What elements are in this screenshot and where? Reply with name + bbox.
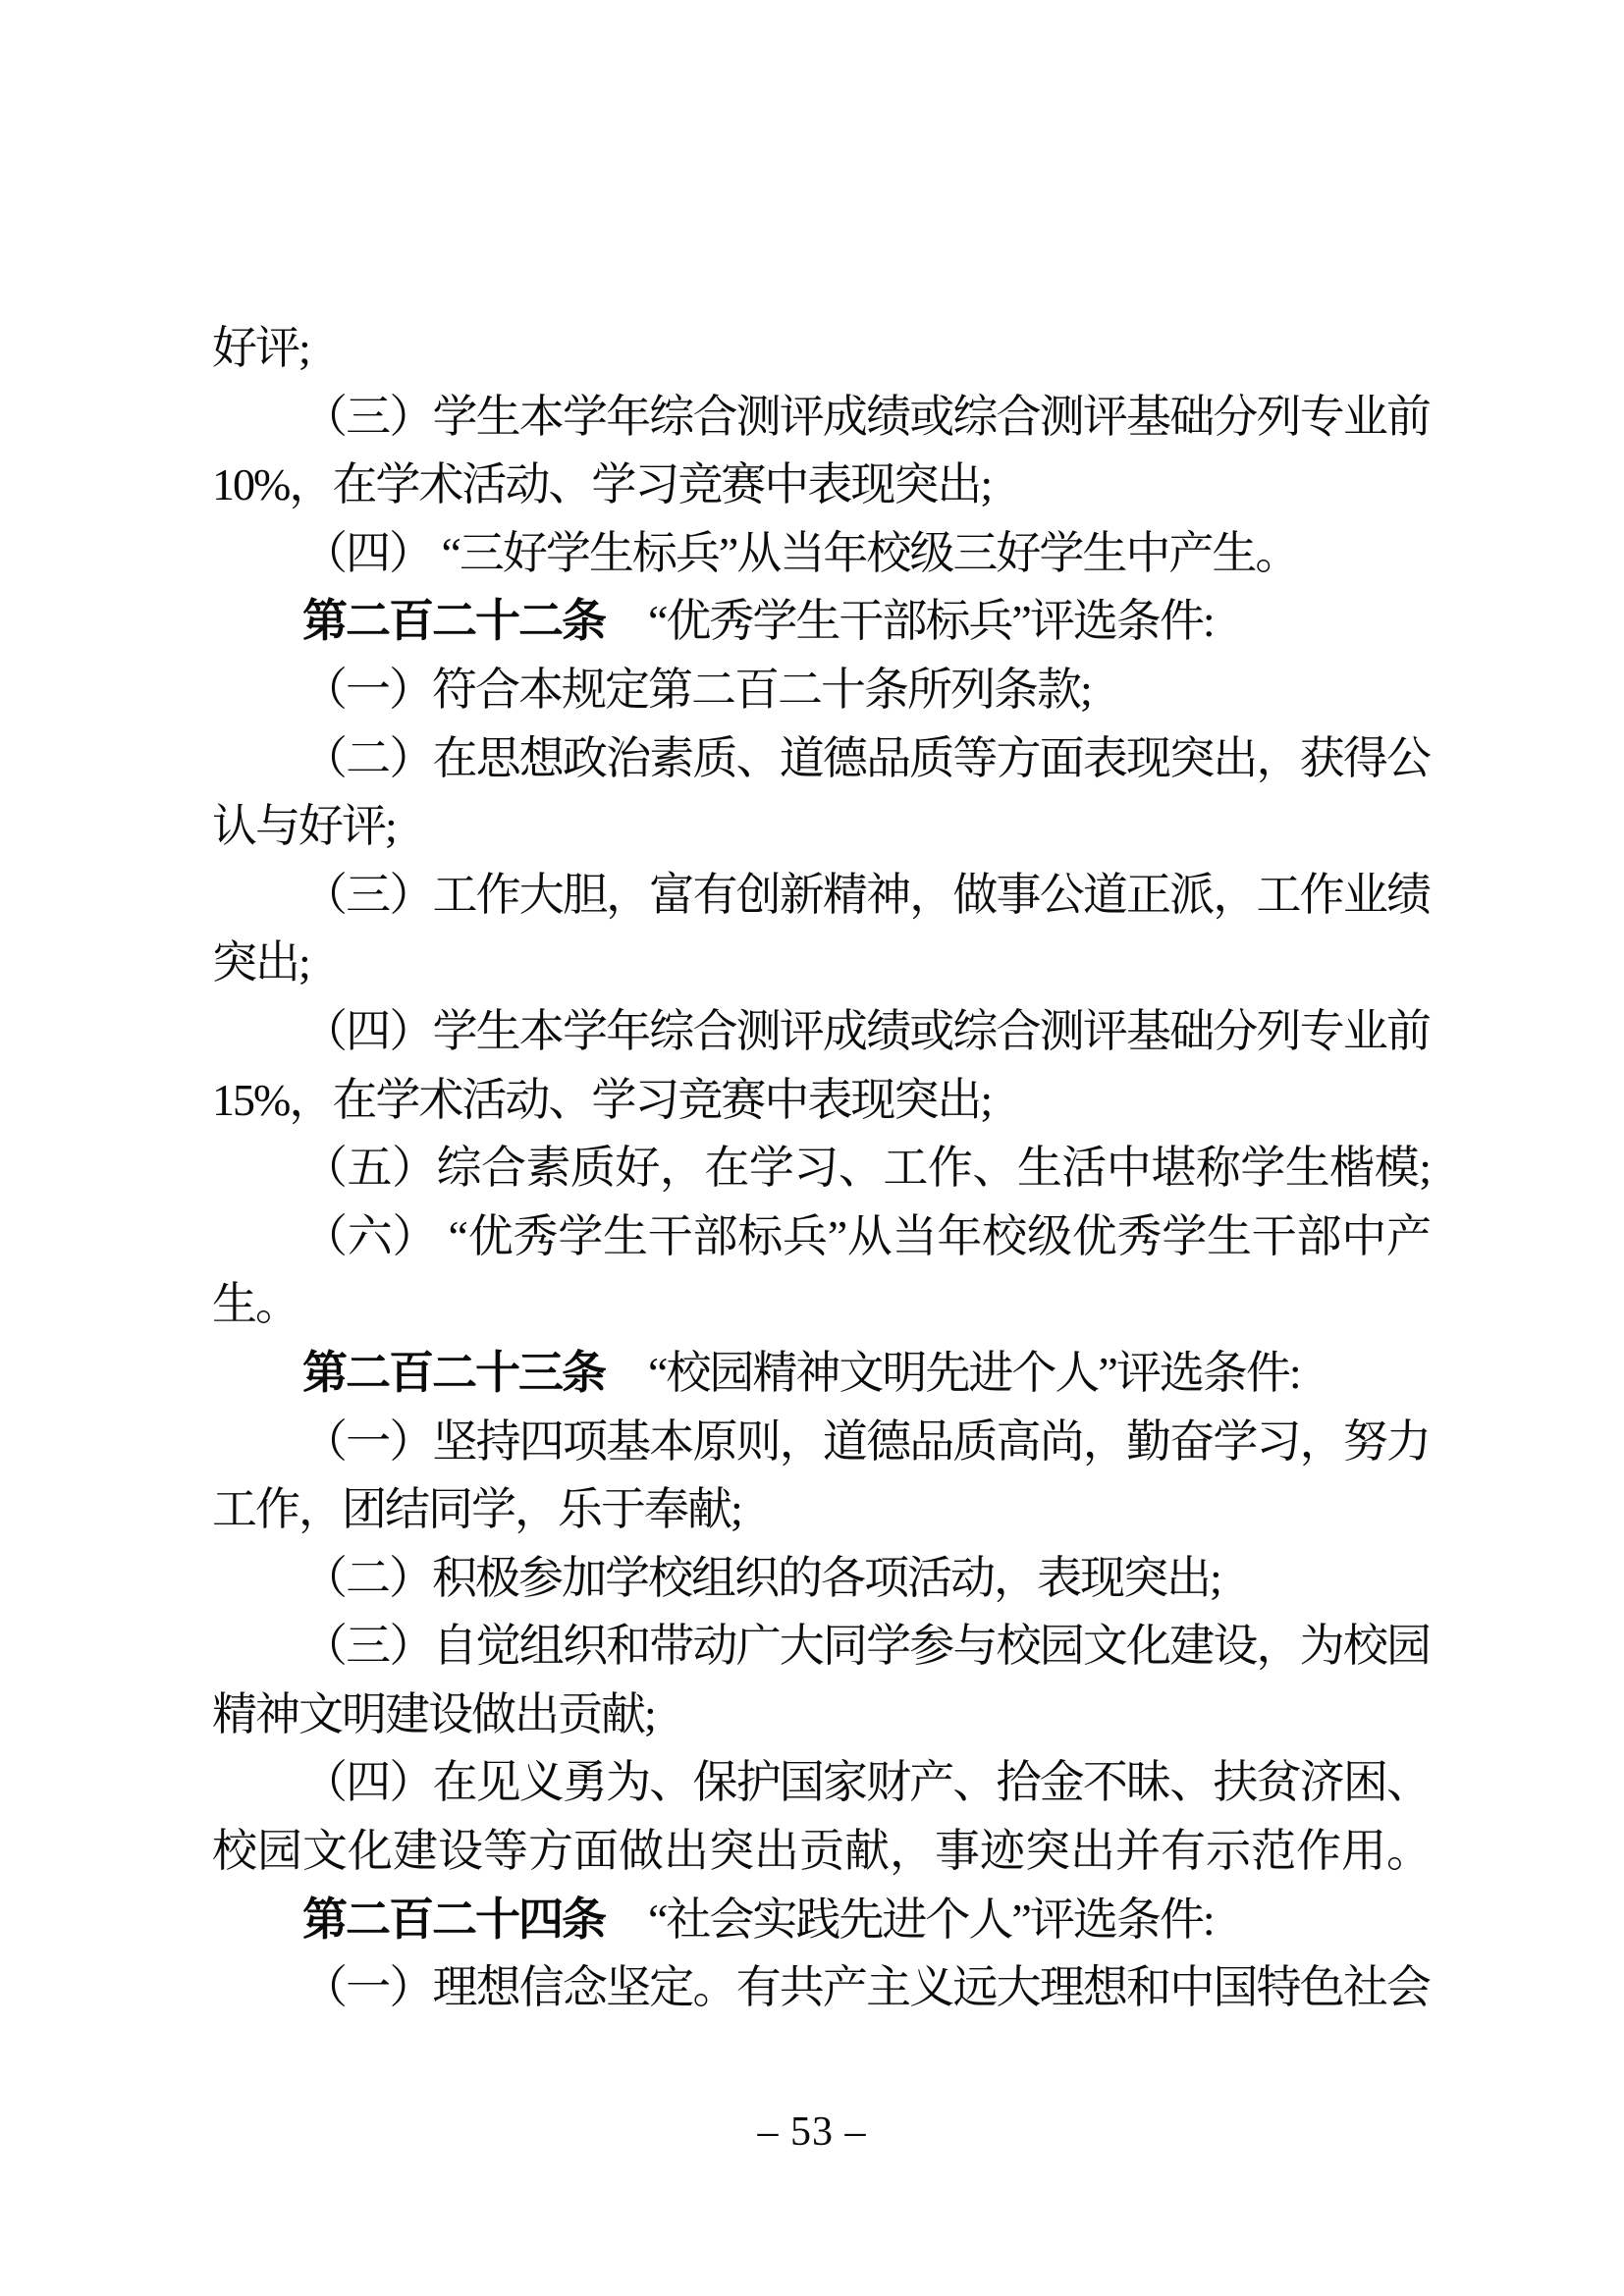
text-segment: “校园精神文明先进个人”评选条件: — [605, 1348, 1300, 1398]
text-line: 精神文明建设做出贡献; — [212, 1681, 1430, 1749]
article-number: 第二百二十三条 — [302, 1348, 605, 1398]
text-segment: 工作，团结同学，乐于奉献; — [212, 1484, 741, 1534]
text-line: （四） “三好学生标兵”从当年校级三好学生中产生。 — [212, 519, 1430, 588]
text-line: 第二百二十三条 “校园精神文明先进个人”评选条件: — [212, 1339, 1430, 1408]
text-segment: （三）自觉组织和带动广大同学参与校园文化建设，为校园 — [302, 1621, 1430, 1671]
text-line: 第二百二十四条 “社会实践先进个人”评选条件: — [212, 1886, 1430, 1954]
text-line: （六） “优秀学生干部标兵”从当年校级优秀学生干部中产 — [212, 1202, 1430, 1271]
text-lines: 好评;（三）学生本学年综合测评成绩或综合测评基础分列专业前10%，在学术活动、学… — [212, 314, 1430, 2022]
text-line: （一）理想信念坚定。有共产主义远大理想和中国特色社会 — [212, 1953, 1430, 2022]
page-number: – 53 – — [758, 2109, 867, 2155]
document-body: { "document": { "lines": [ { "indent": f… — [0, 0, 1624, 2296]
text-line: （一）符合本规定第二百二十条所列条款; — [212, 656, 1430, 724]
text-line: （三）学生本学年综合测评成绩或综合测评基础分列专业前 — [212, 383, 1430, 452]
text-line: （四）在见义勇为、保护国家财产、拾金不昧、扶贫济困、 — [212, 1748, 1430, 1817]
text-line: 好评; — [212, 314, 1430, 383]
text-segment: （一）理想信念坚定。有共产主义远大理想和中国特色社会 — [302, 1962, 1430, 2012]
text-line: （三）工作大胆，富有创新精神，做事公道正派，工作业绩 — [212, 861, 1430, 930]
article-number: 第二百二十二条 — [302, 596, 605, 646]
text-segment: 生。 — [212, 1279, 298, 1329]
text-line: 校园文化建设等方面做出突出贡献，事迹突出并有示范作用。 — [212, 1817, 1430, 1886]
text-line: 15%，在学术活动、学习竞赛中表现突出; — [212, 1066, 1430, 1135]
text-line: 生。 — [212, 1270, 1430, 1339]
text-segment: （六） “优秀学生干部标兵”从当年校级优秀学生干部中产 — [302, 1211, 1430, 1261]
text-line: 突出; — [212, 929, 1430, 997]
text-segment: 精神文明建设做出贡献; — [212, 1689, 655, 1739]
text-line: （二）在思想政治素质、道德品质等方面表现突出，获得公 — [212, 724, 1430, 793]
text-segment: 好评; — [212, 323, 309, 373]
text-segment: （四）在见义勇为、保护国家财产、拾金不昧、扶贫济困、 — [302, 1757, 1430, 1807]
text-line: 第二百二十二条 “优秀学生干部标兵”评选条件: — [212, 587, 1430, 656]
text-segment: 校园文化建设等方面做出突出贡献，事迹突出并有示范作用。 — [212, 1826, 1430, 1876]
text-line: （五）综合素质好，在学习、工作、生活中堪称学生楷模; — [212, 1134, 1430, 1202]
text-segment: （二）积极参加学校组织的各项活动，表现突出; — [302, 1553, 1220, 1603]
text-segment: （一）坚持四项基本原则，道德品质高尚，勤奋学习，努力 — [302, 1416, 1430, 1467]
text-segment: （二）在思想政治素质、道德品质等方面表现突出，获得公 — [302, 733, 1430, 783]
text-segment: 10%，在学术活动、学习竞赛中表现突出; — [212, 459, 991, 509]
article-number: 第二百二十四条 — [302, 1895, 605, 1945]
text-segment: 认与好评; — [212, 801, 396, 851]
text-line: 工作，团结同学，乐于奉献; — [212, 1475, 1430, 1544]
text-segment: （三）工作大胆，富有创新精神，做事公道正派，工作业绩 — [302, 870, 1430, 920]
text-line: （二）积极参加学校组织的各项活动，表现突出; — [212, 1544, 1430, 1613]
text-line: （一）坚持四项基本原则，道德品质高尚，勤奋学习，努力 — [212, 1408, 1430, 1476]
text-line: 认与好评; — [212, 792, 1430, 861]
text-segment: “优秀学生干部标兵”评选条件: — [605, 596, 1214, 646]
text-line: 10%，在学术活动、学习竞赛中表现突出; — [212, 451, 1430, 519]
text-line: （四）学生本学年综合测评成绩或综合测评基础分列专业前 — [212, 997, 1430, 1066]
text-segment: （三）学生本学年综合测评成绩或综合测评基础分列专业前 — [302, 392, 1430, 442]
document-page: 好评;（三）学生本学年综合测评成绩或综合测评基础分列专业前10%，在学术活动、学… — [0, 0, 1624, 2296]
page-footer: – 53 – — [0, 2107, 1624, 2158]
text-segment: （一）符合本规定第二百二十条所列条款; — [302, 665, 1091, 715]
text-segment: （四）学生本学年综合测评成绩或综合测评基础分列专业前 — [302, 1006, 1430, 1056]
text-segment: “社会实践先进个人”评选条件: — [605, 1895, 1214, 1945]
text-segment: 突出; — [212, 937, 309, 988]
text-line: （三）自觉组织和带动广大同学参与校园文化建设，为校园 — [212, 1612, 1430, 1681]
text-segment: （五）综合素质好，在学习、工作、生活中堪称学生楷模; — [302, 1143, 1430, 1193]
text-segment: 15%，在学术活动、学习竞赛中表现突出; — [212, 1075, 991, 1125]
text-segment: （四） “三好学生标兵”从当年校级三好学生中产生。 — [302, 528, 1298, 578]
